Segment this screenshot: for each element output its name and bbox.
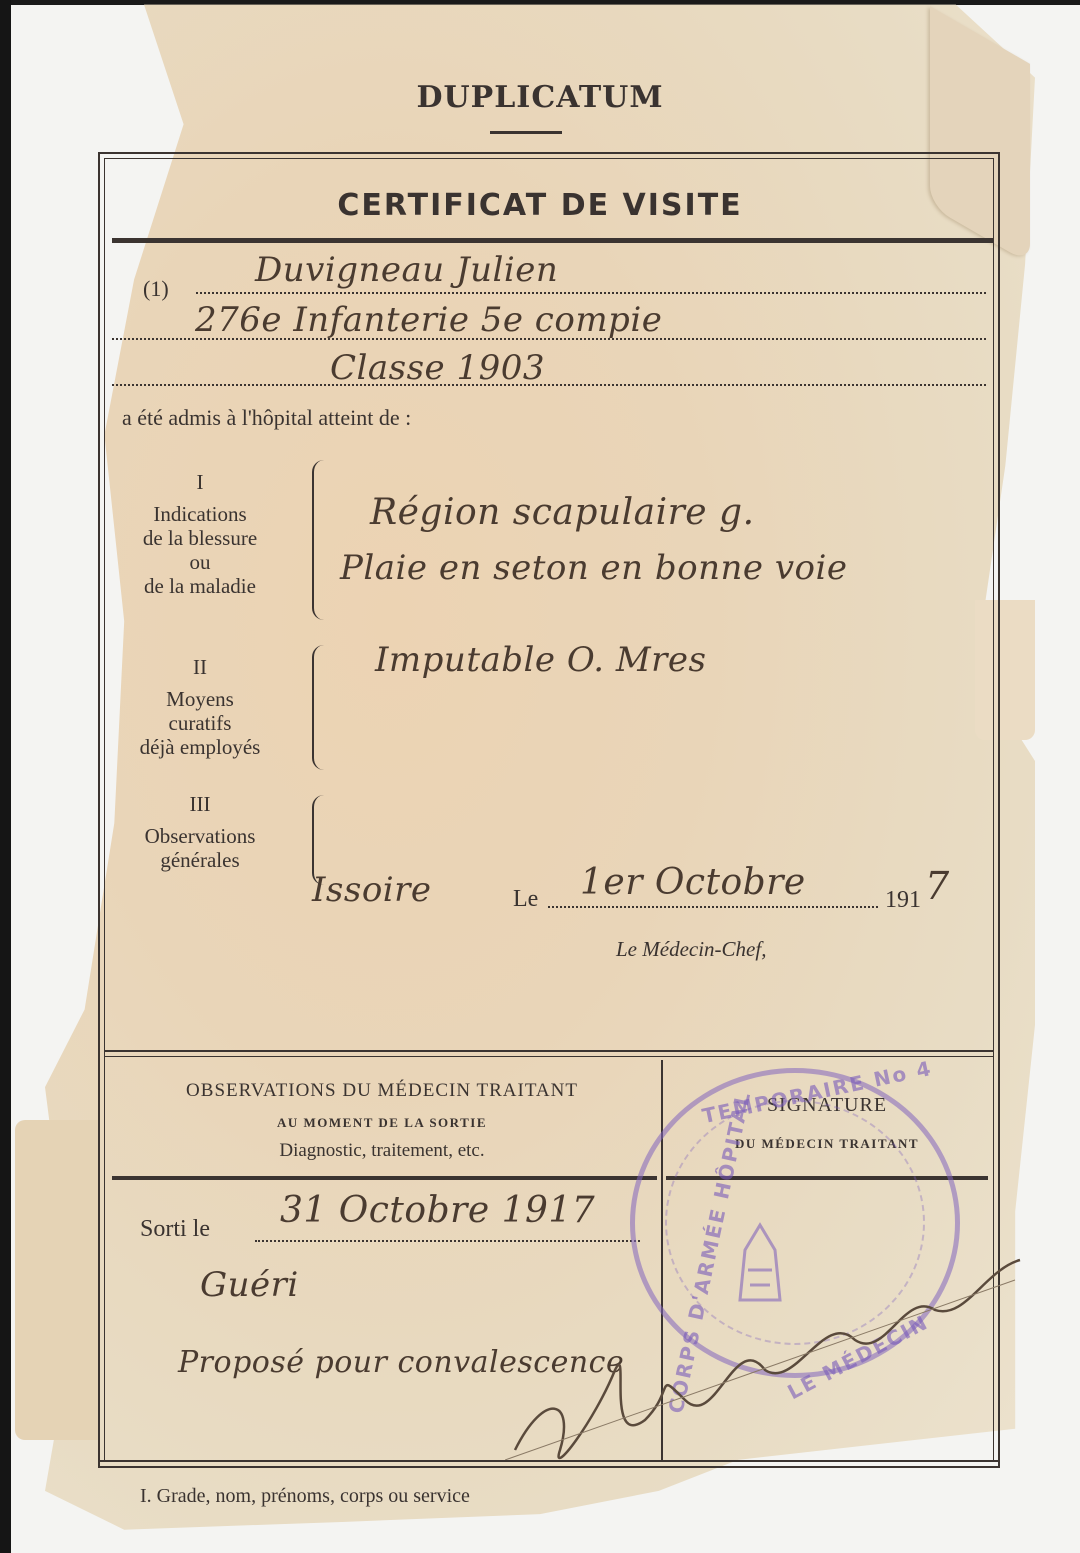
- imputability-note: Imputable O. Mres: [375, 640, 706, 680]
- header-rule: [490, 131, 562, 134]
- signatory-label: Le Médecin-Chef,: [616, 937, 766, 962]
- frame-bottom-rule: [98, 1460, 1000, 1462]
- section-divider: [104, 1050, 994, 1052]
- doctor-signature-icon: [505, 1250, 1025, 1470]
- section-2-label: II Moyens curatifs déjà employés: [110, 655, 290, 759]
- form-title: CERTIFICAT DE VISITE: [0, 188, 1080, 223]
- diagnosis-line-2: Plaie en seton en bonne voie: [340, 548, 848, 588]
- date-le-label: Le: [513, 886, 538, 913]
- footnote-text: I. Grade, nom, prénoms, corps ou service: [140, 1485, 470, 1508]
- scan-border-left: [0, 0, 11, 1553]
- soldier-name: Duvigneau Julien: [255, 250, 558, 290]
- soldier-regiment: 276e Infanterie 5e compie: [195, 300, 662, 340]
- observations-subtitle: AU MOMENT DE LA SORTIE: [112, 1115, 652, 1131]
- admitted-label: a été admis à l'hôpital atteint de :: [122, 405, 411, 431]
- section-numeral: I: [110, 470, 290, 494]
- footnote-marker: (1): [143, 276, 169, 302]
- sorti-dotted-line: [255, 1240, 640, 1242]
- obs-header-rule: [112, 1176, 657, 1180]
- title-divider: [112, 238, 994, 243]
- identity-line-3: [112, 384, 986, 386]
- section-divider-thin: [104, 1056, 994, 1057]
- observations-title: OBSERVATIONS DU MÉDECIN TRAITANT: [112, 1080, 652, 1102]
- discharge-date: 31 Octobre 1917: [280, 1190, 595, 1231]
- soldier-class: Classe 1903: [330, 348, 545, 388]
- date-day-month: 1er Octobre: [580, 862, 806, 903]
- sorti-label: Sorti le: [140, 1216, 210, 1243]
- date-dotted-line: [548, 906, 878, 908]
- discharge-note-1: Guéri: [200, 1265, 299, 1305]
- section-3-label: III Observations générales: [110, 792, 290, 872]
- observations-subtitle-2: Diagnostic, traitement, etc.: [112, 1140, 652, 1162]
- brace-icon: [312, 645, 328, 770]
- scan-border-top: [0, 0, 1080, 5]
- year-prefix: 191: [885, 887, 921, 914]
- diagnosis-line-1: Région scapulaire g.: [370, 492, 755, 533]
- brace-icon: [312, 460, 328, 620]
- year-suffix: 7: [925, 864, 950, 908]
- torn-flap-left: [15, 1120, 100, 1440]
- identity-line-1: [196, 292, 986, 294]
- header-title: DUPLICATUM: [0, 80, 1080, 115]
- place-name: Issoire: [312, 870, 432, 910]
- section-1-label: I Indications de la blessure ou de la ma…: [110, 470, 290, 598]
